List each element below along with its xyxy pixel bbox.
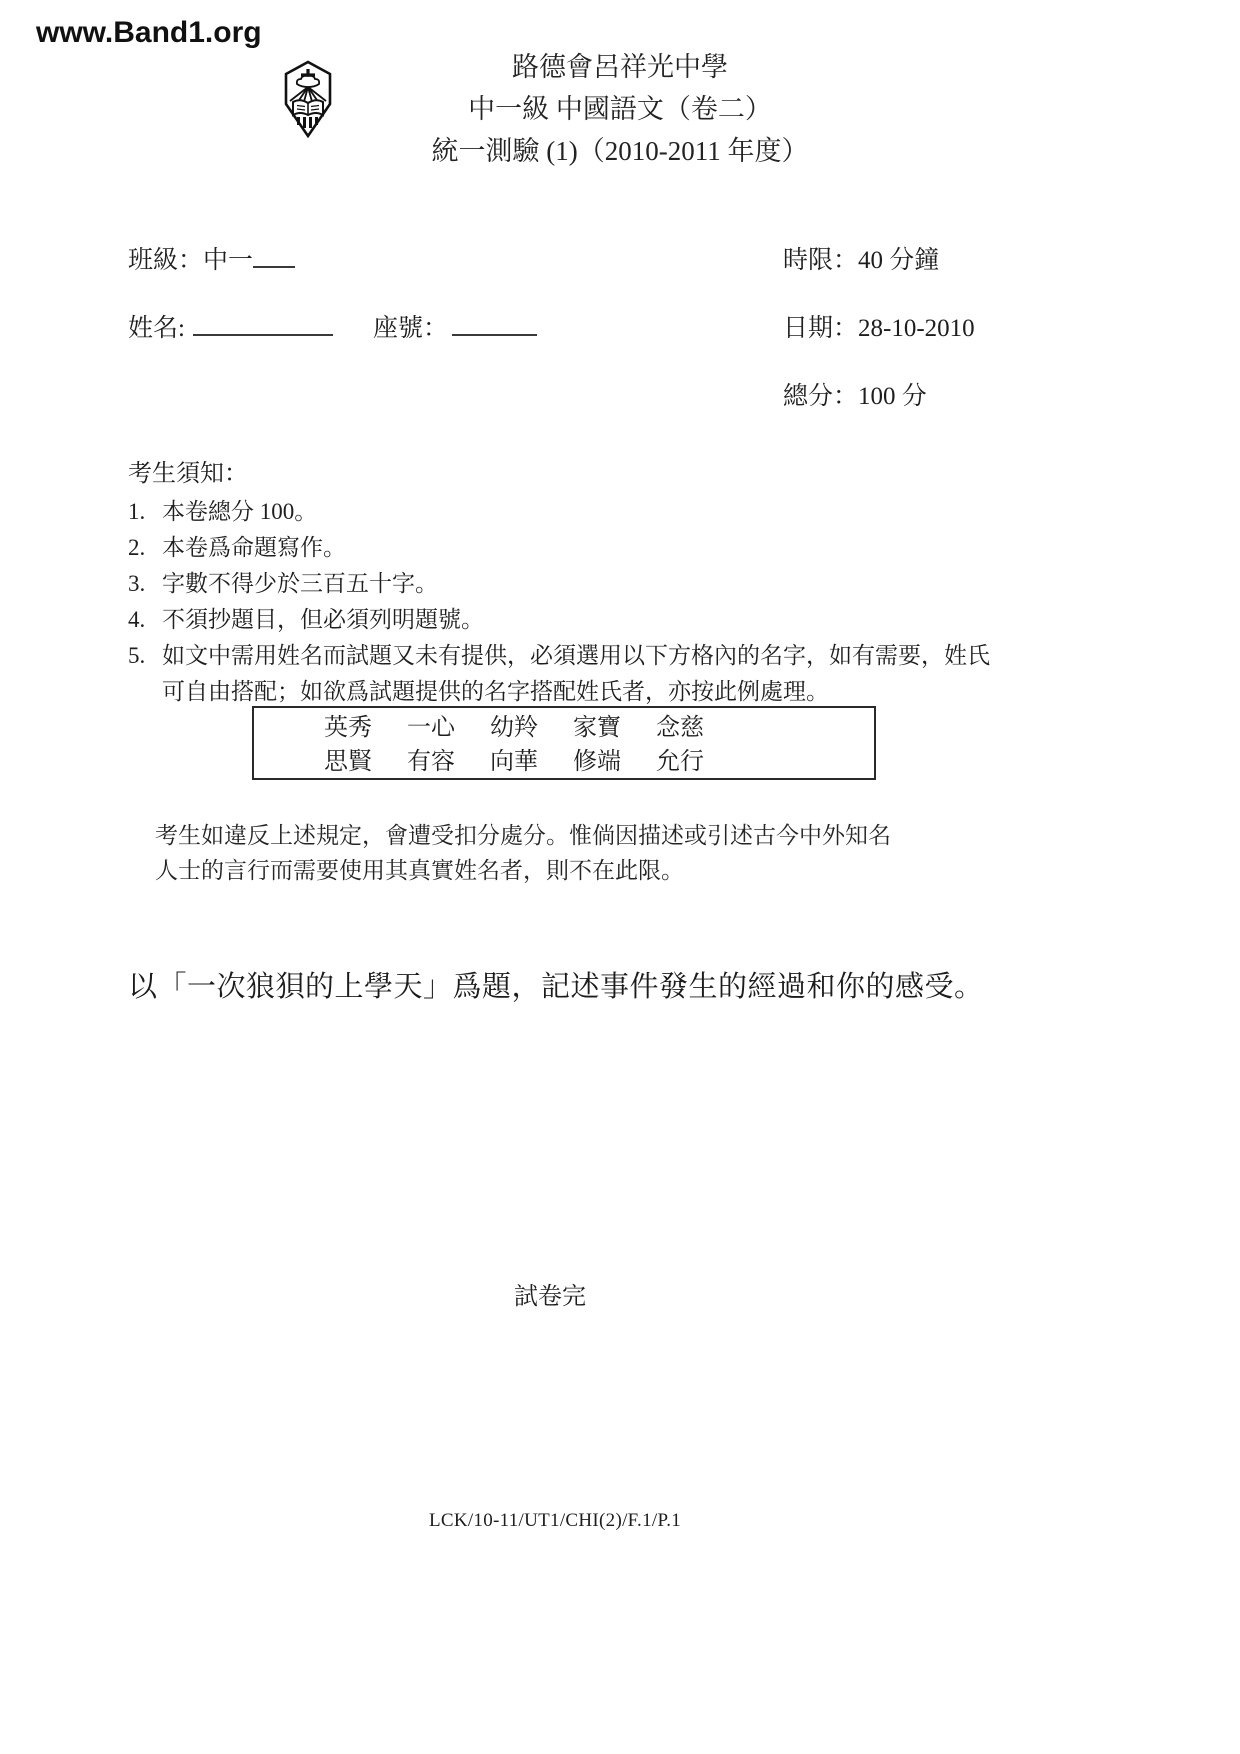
- time-limit-field: 時限：40 分鐘: [783, 240, 939, 276]
- candidate-notice: 考生須知： 1. 本卷總分 100。 2. 本卷爲命題寫作。 3. 字數不得少於…: [128, 456, 1008, 710]
- class-field: 班級：中一: [128, 240, 295, 276]
- paper-reference-code: LCK/10-11/UT1/CHI(2)/F.1/P.1: [0, 1510, 1110, 1532]
- notice-item-text: 本卷總分 100。: [162, 494, 1008, 530]
- name-option: 一心: [407, 711, 484, 745]
- name-option: 念慈: [656, 711, 733, 745]
- school-name: 路德會呂祥光中學: [0, 46, 1240, 88]
- name-option: 有容: [407, 745, 484, 779]
- name-option: 家寶: [573, 711, 650, 745]
- name-label: 姓名:: [128, 315, 185, 342]
- date-field: 日期：28-10-2010: [783, 308, 975, 344]
- penalty-warning: 考生如違反上述規定，會遭受扣分處分。惟倘因描述或引述古今中外知名人士的言行而需要…: [155, 818, 903, 888]
- notice-item-text: 如文中需用姓名而試題又未有提供，必須選用以下方格內的名字，如有需要，姓氏可自由搭…: [162, 638, 1008, 710]
- exam-title: 中一級 中國語文（卷二）: [0, 88, 1240, 130]
- notice-title: 考生須知：: [128, 456, 1008, 492]
- total-marks-value: 100 分: [858, 383, 927, 410]
- date-value: 28-10-2010: [858, 315, 975, 342]
- name-option: 思賢: [324, 745, 401, 779]
- notice-item-4: 4. 不須抄題目，但必須列明題號。: [128, 602, 1008, 638]
- notice-item-2: 2. 本卷爲命題寫作。: [128, 530, 1008, 566]
- exam-header: 路德會呂祥光中學 中一級 中國語文（卷二） 統一測驗 (1)（2010-2011…: [0, 46, 1240, 172]
- notice-item-number: 3.: [128, 566, 162, 602]
- essay-topic: 以「一次狼狽的上學天」爲題，記述事件發生的經過和你的感受。: [128, 964, 1128, 1005]
- name-option: 幼羚: [490, 711, 567, 745]
- time-limit-label: 時限：: [783, 247, 858, 274]
- class-prefix: 中一: [203, 247, 253, 274]
- total-marks-field: 總分：100 分: [783, 376, 927, 412]
- time-limit-value: 40 分鐘: [858, 247, 939, 274]
- notice-item-number: 2.: [128, 530, 162, 566]
- class-label: 班級：: [128, 247, 203, 274]
- exam-subtitle: 統一測驗 (1)（2010-2011 年度）: [0, 130, 1240, 172]
- site-watermark: www.Band1.org: [36, 16, 262, 50]
- allowed-names-box: 英秀 一心 幼羚 家寶 念慈 思賢 有容 向華 修端 允行: [252, 706, 876, 780]
- exam-paper-page: www.Band1.org 路德會呂祥光中學 中一級 中國語文（卷二） 統一測驗…: [0, 0, 1240, 1754]
- date-label: 日期：: [783, 315, 858, 342]
- class-blank-line: [253, 244, 295, 268]
- notice-item-text: 不須抄題目，但必須列明題號。: [162, 602, 1008, 638]
- notice-item-1: 1. 本卷總分 100。: [128, 494, 1008, 530]
- name-option: 修端: [573, 745, 650, 779]
- name-blank-line: [193, 312, 333, 336]
- seat-label: 座號：: [373, 315, 448, 342]
- end-of-paper-text: 試卷完: [0, 1276, 1100, 1311]
- notice-item-text: 本卷爲命題寫作。: [162, 530, 1008, 566]
- seat-blank-line: [452, 312, 537, 336]
- name-option: 允行: [656, 745, 733, 779]
- name-option: 向華: [490, 745, 567, 779]
- name-option: 英秀: [324, 711, 401, 745]
- notice-item-number: 5.: [128, 638, 162, 710]
- notice-item-number: 4.: [128, 602, 162, 638]
- total-marks-label: 總分：: [783, 383, 858, 410]
- name-seat-field: 姓名:座號：: [128, 308, 537, 344]
- notice-item-5: 5. 如文中需用姓名而試題又未有提供，必須選用以下方格內的名字，如有需要，姓氏可…: [128, 638, 1008, 710]
- names-row-2: 思賢 有容 向華 修端 允行: [324, 745, 874, 779]
- notice-item-text: 字數不得少於三百五十字。: [162, 566, 1008, 602]
- names-row-1: 英秀 一心 幼羚 家寶 念慈: [324, 711, 874, 745]
- notice-item-3: 3. 字數不得少於三百五十字。: [128, 566, 1008, 602]
- notice-item-number: 1.: [128, 494, 162, 530]
